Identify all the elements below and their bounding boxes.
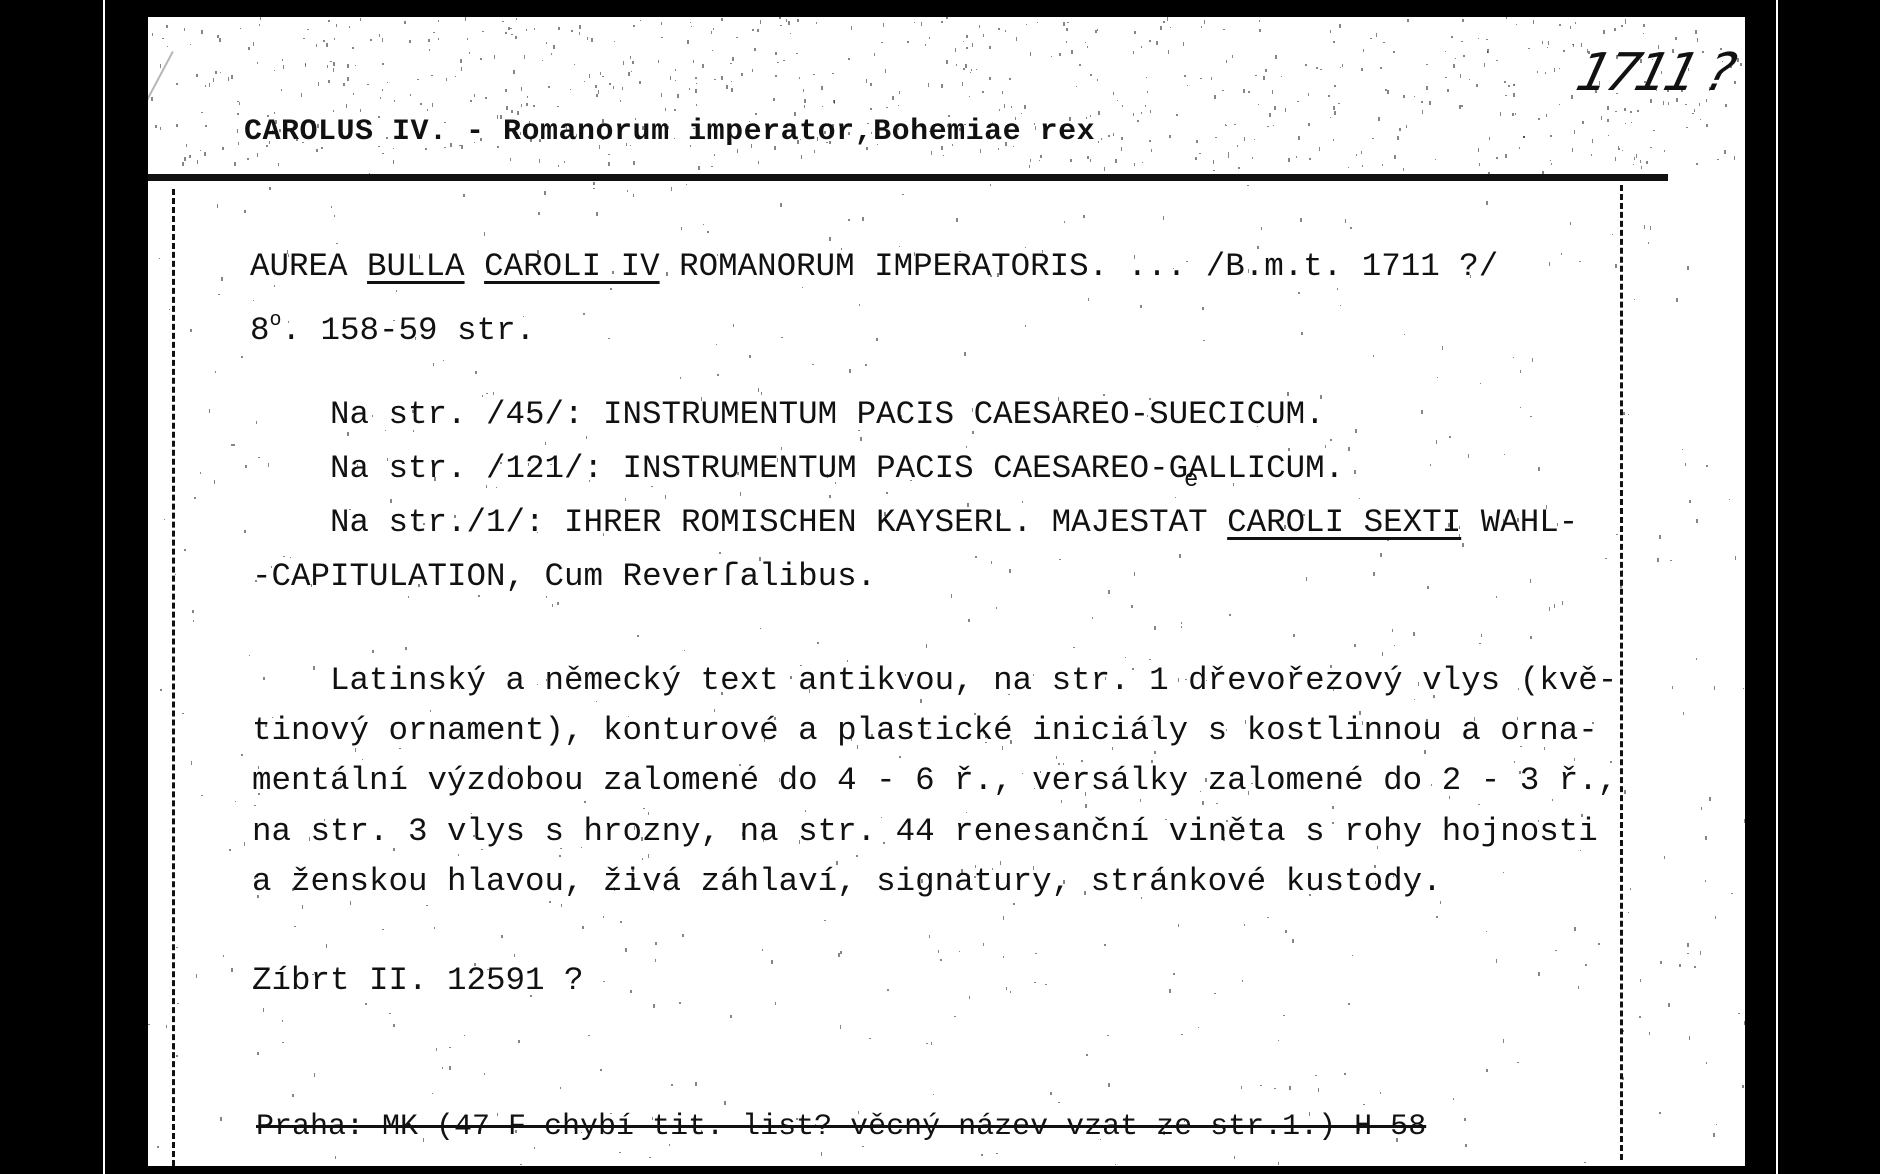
underlined-caroli-sexti: CAROLI SEXTI bbox=[1227, 504, 1461, 541]
scan-edge-line-right bbox=[1776, 0, 1778, 1174]
handwritten-catalog-number: 1711 ? bbox=[1571, 43, 1738, 103]
description-line-1: Latinský a německý text antikvou, na str… bbox=[330, 665, 1617, 698]
description-line-5: a ženskou hlavou, živá záhlaví, signatur… bbox=[252, 866, 1442, 899]
description-line-2: tinový ornament), konturové a plastické … bbox=[252, 715, 1598, 748]
scan-edge-line-left bbox=[103, 0, 105, 1174]
underlined-bulla: BULLA bbox=[367, 248, 465, 285]
left-margin-dashed-line bbox=[172, 189, 175, 1166]
struck-location-note: Praha: MK (47 F chybí tit. list? věcný n… bbox=[256, 1112, 1426, 1142]
pencil-slash-mark bbox=[148, 51, 174, 158]
contents-line-3: Na str./1/: IHRER ROMISCHEN KAYSERL. MAJ… bbox=[330, 507, 1578, 540]
title-line: AUREA BULLA CAROLI IV ROMANORUM IMPERATO… bbox=[250, 251, 1498, 284]
underlined-caroli-iv: CAROLI IV bbox=[484, 248, 660, 285]
heading-rule bbox=[148, 174, 1668, 181]
description-line-4: na str. 3 vlys s hrozny, na str. 44 rene… bbox=[252, 816, 1598, 849]
bibliographic-reference: Zíbrt II. 12591 ? bbox=[252, 965, 584, 998]
catalog-card: 1711 ? CAROLUS IV. - Romanorum imperator… bbox=[148, 17, 1745, 1166]
contents-line-3-cont: -CAPITULATION, Cum Reverſalibus. bbox=[252, 561, 876, 594]
right-margin-dashed-line bbox=[1620, 185, 1623, 1160]
contents-line-1: Na str. /45/: INSTRUMENTUM PACIS CAESARE… bbox=[330, 399, 1325, 432]
card-heading: CAROLUS IV. - Romanorum imperator,Bohemi… bbox=[244, 115, 1095, 149]
umlaut-correction-mark: e bbox=[1184, 467, 1198, 494]
description-line-3: mentální výzdobou zalomené do 4 - 6 ř., … bbox=[252, 765, 1617, 798]
format-line: 8o. 158-59 str. bbox=[250, 311, 535, 348]
